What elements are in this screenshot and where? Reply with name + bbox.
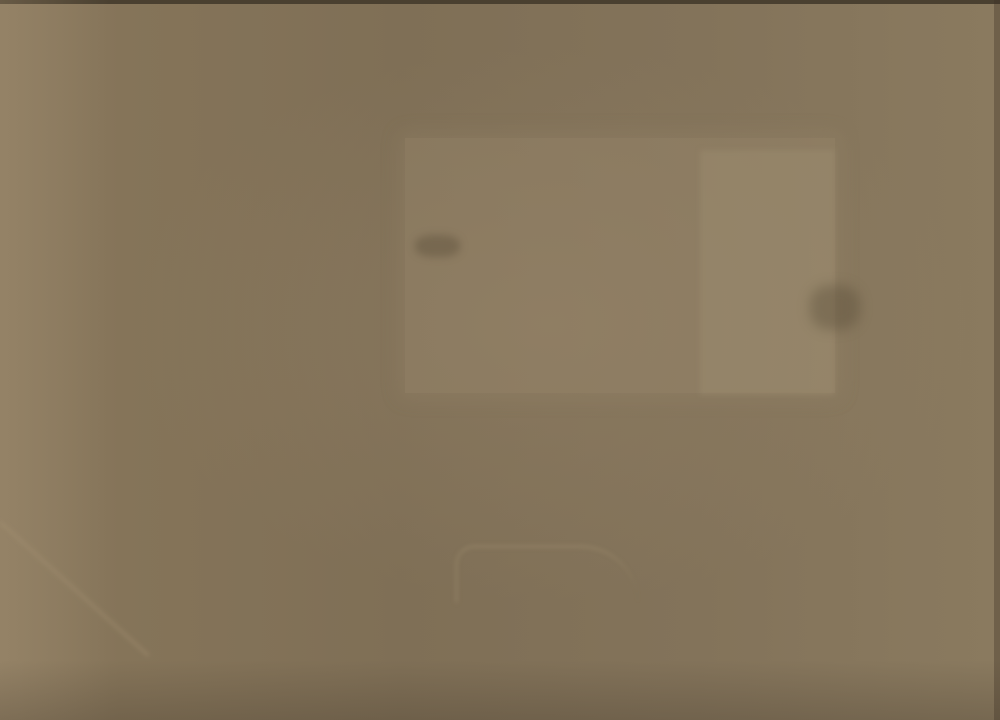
stain-right: [810, 285, 860, 330]
aged-paper-sheet: [0, 0, 1000, 720]
bottom-edge-shadow: [0, 660, 1000, 720]
faded-vertical-strip: [700, 150, 835, 395]
top-edge-shadow: [0, 0, 1000, 4]
right-edge-shadow: [994, 0, 1000, 720]
faint-smudge: [455, 545, 638, 603]
left-edge-fade: [0, 0, 110, 720]
stain-left: [415, 235, 460, 257]
